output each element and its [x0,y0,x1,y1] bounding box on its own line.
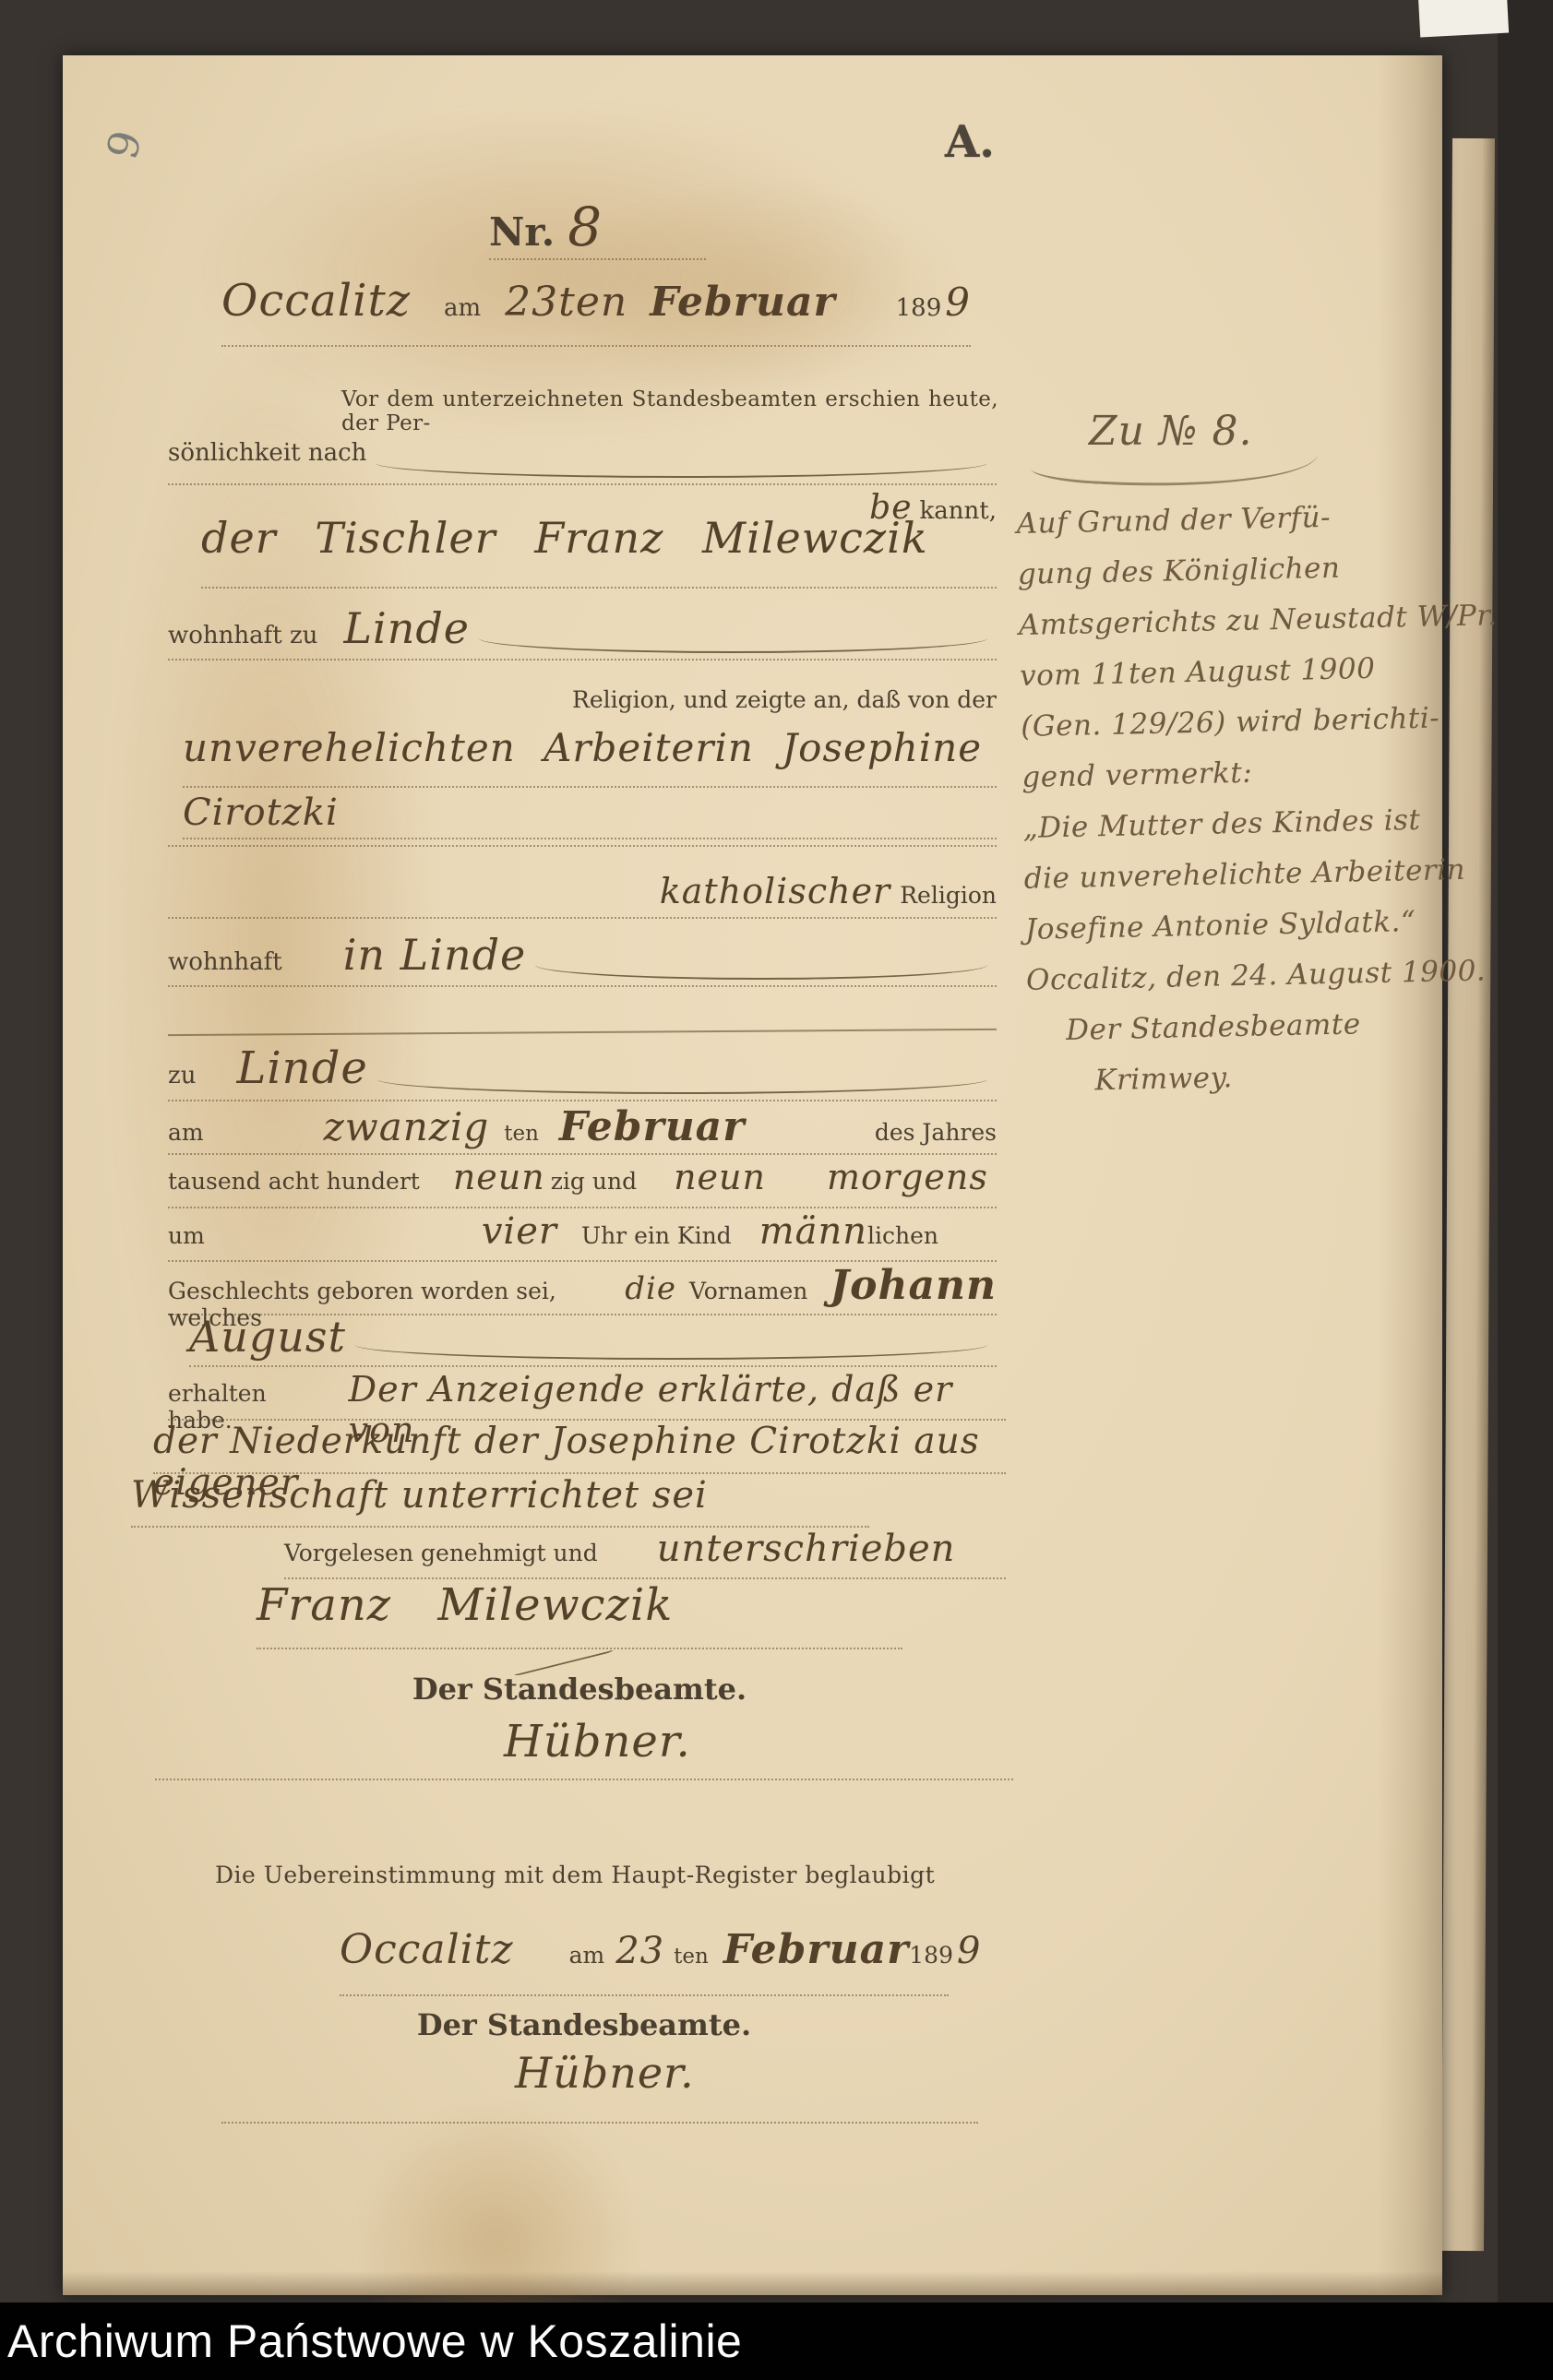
intro-text-1: Vor dem unterzeichneten Standesbeamten e… [341,387,998,435]
scanned-document: 9 A. Nr. 8 Occalitz am 23ten Februar 189… [0,0,1553,2380]
die-hand: die [625,1270,676,1307]
zig-und-label: zig und [551,1168,637,1195]
pencil-page-number: 9 [97,125,152,164]
record-number-label: Nr. [489,209,555,255]
pen-flourish [355,1343,987,1360]
dateline-day: 23ten [505,279,627,326]
declaration-line-2: der Niederkunft der Josephine Cirotzki a… [153,1421,1006,1474]
gender-hand: männ [759,1210,867,1253]
margin-note-line: gend vermerkt: [1021,744,1456,803]
margin-note-line: vom 11ten August 1900 [1020,642,1454,702]
registrar-title: Der Standesbeamte. [412,1672,747,1707]
cert-year-printed: 189 [909,1942,953,1969]
dateline-place: Occalitz [221,275,411,327]
lichen-label: lichen [867,1222,938,1249]
certification-line: Die Uebereinstimmung mit dem Haupt-Regis… [215,1862,1027,1888]
declarant-line: der Tischler Franz Milewczik [201,513,997,589]
birthplace-line: zu Linde [168,1042,997,1101]
declarant-name: der Tischler Franz Milewczik [201,513,928,563]
firstname-line: Geschlechts geboren worden sei, welches … [168,1262,997,1315]
margin-note-line: Auf Grund der Verfü- [1016,490,1451,550]
religion-label: Religion [900,882,997,909]
dateline-am-label: am [444,294,481,322]
mother-description: unverehelichten Arbeiterin Josephine [183,725,982,770]
firstname-line-2: August [189,1312,997,1367]
dateline-year-printed: 189 [896,294,942,322]
archive-caption-text: Archiwum Państwowe w Koszalinie [7,2315,742,2368]
cert-place: Occalitz [340,1926,514,1973]
margin-note-line: Amtsgerichts zu Neustadt W/Pr. [1018,591,1452,651]
zu-label: zu [168,1062,196,1089]
religion-intro-line: Religion, und zeigte an, daß von der [543,686,997,720]
margin-note-line: (Gen. 129/26) wird berichti- [1021,693,1455,753]
pen-flourish [376,461,987,478]
margin-note-line: Occalitz, den 24. August 1900. [1026,946,1461,1006]
unterschrieben-hand: unterschrieben [657,1528,956,1570]
vorgelesen-label: Vorgelesen genehmigt und [284,1540,598,1566]
registrar-signature: Hübner. [504,1716,691,1767]
um-label: um [168,1222,205,1249]
declaration-text-3: Wissenschaft unterrichtet sei [131,1474,708,1517]
pen-flourish [479,637,987,653]
birth-day-line: am zwanzig ten Februar des Jahres [168,1103,997,1155]
archive-caption-bar: Archiwum Państwowe w Koszalinie [0,2303,1553,2380]
vornamen-label: Vornamen [689,1278,807,1304]
intro-line-2: sönlichkeit nach [168,439,997,485]
mother-residence: in Linde [343,930,527,980]
margin-note-line: Der Standesbeamte [1066,997,1462,1056]
mother-line-1: unverehelichten Arbeiterin Josephine [183,725,997,788]
birth-day: zwanzig [324,1104,490,1149]
year-decade: neun [453,1157,545,1197]
pen-flourish [535,963,987,980]
registrar-signature-line: Hübner. [504,1716,873,1767]
ten-label: ten [504,1122,539,1146]
cert-month: Februar [723,1926,909,1973]
intro-line-1: Vor dem unterzeichneten Standesbeamten e… [341,387,998,435]
first-name-1: Johann [830,1262,997,1309]
registrar-title-line-2: Der Standesbeamte. [409,2007,759,2042]
margin-note-flourish [1031,434,1319,495]
signature-rule-2 [221,2122,978,2124]
cert-day: 23 [615,1930,664,1972]
mother-line-2: Cirotzki [183,791,997,839]
margin-note-line: die unverehelichte Arbeiterin [1023,845,1458,905]
birth-year-line: tausend acht hundert neun zig und neun m… [168,1157,997,1208]
margin-note-line: gung des Königlichen [1017,541,1451,601]
record-number-line: Nr. 8 [489,196,706,260]
birth-hour: vier [482,1210,557,1253]
declarant-residence-line: wohnhaft zu Linde [168,603,997,660]
declarant-signature: Franz Milewczik [257,1579,673,1631]
birthplace: Linde [236,1042,367,1094]
des-jahres-label: des Jahres [875,1119,997,1146]
religion-intro-text: Religion, und zeigte an, daß von der [572,686,997,713]
first-name-2: August [189,1312,346,1362]
paper-sliver-edge [1418,0,1509,37]
intro-text-2: sönlichkeit nach [168,439,366,467]
declaration-line-1: erhalten habe. Der Anzeigende erklärte, … [168,1369,1006,1421]
certification-dateline: Occalitz am 23 ten Februar 189 9 [340,1926,949,1996]
long-pen-line [168,1029,997,1036]
daytime: morgens [827,1157,988,1197]
mother-surname: Cirotzki [183,791,339,834]
certification-text: Die Uebereinstimmung mit dem Haupt-Regis… [215,1862,935,1888]
uhr-ein-kind-label: Uhr ein Kind [581,1222,732,1249]
am-label: am [168,1119,204,1146]
dateline: Occalitz am 23ten Februar 189 9 [221,275,971,347]
registrar-signature-2: Hübner. [515,2048,695,2098]
year-unit: neun [674,1157,766,1197]
wohnhaft-label: wohnhaft [168,948,282,976]
registrar-title-line: Der Standesbeamte. [404,1672,755,1707]
registrar-title-2: Der Standesbeamte. [417,2007,751,2042]
mother-residence-line: wohnhaft in Linde [168,930,997,987]
blank-rule [168,845,997,847]
registrar-signature-line-2: Hübner. [515,2048,884,2098]
dateline-month: Februar [650,279,835,326]
margin-note: Auf Grund der Verfü- gung des Königliche… [1016,490,1463,1108]
cert-year-hand: 9 [957,1930,981,1972]
birth-hour-line: um vier Uhr ein Kind männ lichen [168,1210,997,1262]
margin-note-line: „Die Mutter des Kindes ist [1022,794,1457,854]
tausend-label: tausend acht hundert [168,1168,420,1195]
stamp-letter-a: A. [945,116,995,168]
margin-note-line: Josefine Antonie Syldatk.“ [1024,896,1459,956]
cert-am-label: am [569,1942,605,1969]
registry-page: 9 A. Nr. 8 Occalitz am 23ten Februar 189… [63,55,1442,2295]
margin-note-line: Krimwey. [1094,1048,1463,1106]
declaration-line-3: Wissenschaft unterrichtet sei [131,1474,869,1528]
dateline-year-hand: 9 [945,280,971,325]
vorgelesen-line: Vorgelesen genehmigt und unterschrieben [284,1528,1006,1579]
adjacent-page-edge [1441,138,1495,2251]
declarant-signature-line: Franz Milewczik [257,1579,902,1649]
birth-month: Februar [559,1103,745,1150]
cert-ten-label: ten [674,1945,709,1969]
mother-religion-hand: katholischer [660,871,891,911]
signature-rule [155,1779,1013,1780]
pen-flourish [377,1077,987,1094]
wohnhaft-zu-label: wohnhaft zu [168,622,317,649]
declarant-residence: Linde [343,603,470,653]
scan-background [1498,0,1553,2380]
mother-religion-line: katholischer Religion [168,871,997,919]
record-number-value: 8 [567,196,603,258]
